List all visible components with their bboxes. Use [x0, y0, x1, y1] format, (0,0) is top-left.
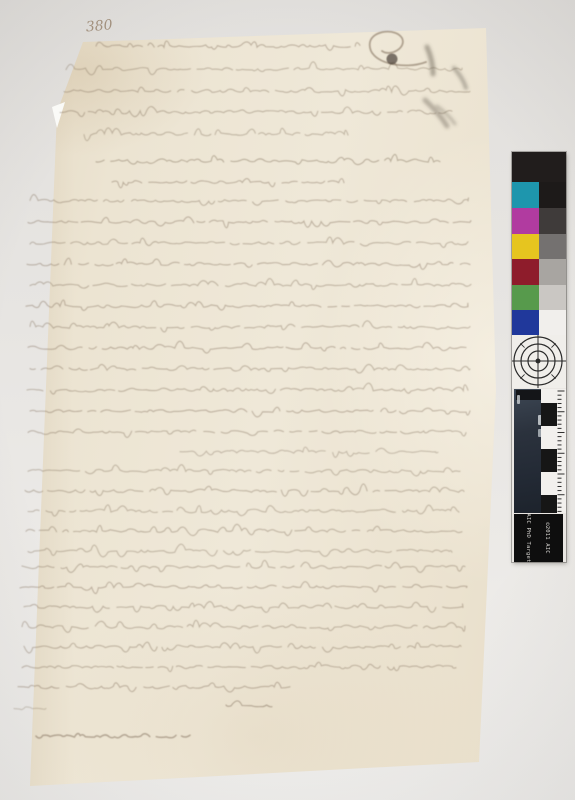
- handwriting-line: [96, 154, 440, 164]
- film-strip-cap: [516, 390, 543, 400]
- patch-yellow: [512, 234, 539, 259]
- patch-gray-blue: [539, 310, 566, 335]
- handwriting-line: [64, 86, 470, 96]
- film-glint: [517, 395, 520, 404]
- ruler-block: [541, 495, 557, 513]
- handwriting-line: [26, 300, 468, 310]
- handwriting-line: [28, 465, 460, 476]
- handwriting-line: [20, 582, 467, 594]
- capital-flourish: [370, 32, 426, 66]
- bullseye-diagonal-tick: [520, 343, 524, 347]
- patch-gray-green: [539, 285, 566, 310]
- bullseye-rings: [512, 335, 566, 388]
- density-ruler-section: [512, 388, 566, 514]
- calibration-target: AIC PhD Target ©2011 AIC: [512, 152, 566, 562]
- ruler-block: [541, 403, 557, 426]
- handwriting-line: [30, 321, 470, 332]
- photo-backdrop: 380: [0, 0, 575, 800]
- bullseye-diagonal-tick: [520, 374, 524, 378]
- handwriting-line: [226, 701, 272, 707]
- handwriting-line: [27, 383, 468, 394]
- handwriting-line: [66, 62, 462, 75]
- target-label-copyright: ©2011 AIC: [544, 522, 550, 554]
- patch-green: [512, 285, 539, 310]
- handwriting-line: [84, 128, 348, 141]
- patch-magenta: [512, 208, 539, 234]
- patch-gray-dark-red: [539, 259, 566, 285]
- handwriting-line: [180, 447, 438, 457]
- handwriting-line: [30, 407, 470, 417]
- handwriting-line: [60, 107, 452, 117]
- handwriting-line: [30, 279, 471, 290]
- bullseye-target: [512, 335, 566, 388]
- handwriting-line: [22, 560, 465, 572]
- color-patch-column: [512, 152, 566, 335]
- ruler-block: [541, 389, 557, 403]
- ruler-block: [541, 472, 557, 495]
- handwriting-line: [30, 237, 468, 247]
- patch-black: [512, 152, 566, 182]
- patch-dark-red: [512, 259, 539, 285]
- handwriting-line: [26, 524, 462, 535]
- handwriting-line: [28, 217, 471, 228]
- handwriting-bleedthrough: [0, 0, 575, 800]
- handwriting-line: [14, 707, 46, 710]
- ink-smudge: [454, 68, 466, 88]
- bullseye-diagonal-tick: [551, 374, 555, 378]
- handwriting-line: [112, 179, 344, 188]
- handwriting-line: [30, 364, 470, 373]
- handwriting-line: [28, 544, 452, 557]
- handwriting-line: [28, 341, 466, 353]
- ruler-tick-scale: [557, 389, 566, 513]
- handwriting-line: [22, 662, 456, 671]
- target-label: AIC PhD Target ©2011 AIC: [514, 514, 563, 562]
- handwriting-line: [28, 505, 459, 516]
- handwriting-line: [24, 642, 461, 653]
- ruler-checker-column: [541, 389, 557, 513]
- ruler-block: [541, 426, 557, 449]
- target-label-title: AIC PhD Target: [525, 513, 531, 562]
- handwriting-line: [28, 429, 466, 437]
- handwriting-line: [96, 41, 360, 50]
- patch-gray-magenta: [539, 208, 566, 234]
- patch-gray-yellow: [539, 234, 566, 259]
- handwriting-line: [22, 620, 465, 632]
- patch-gray-cyan: [539, 182, 566, 208]
- patch-blue: [512, 310, 539, 335]
- ink-blob: [387, 54, 398, 65]
- patch-cyan: [512, 182, 539, 208]
- signature-stroke: [36, 734, 190, 739]
- bullseye-diagonal-tick: [551, 343, 555, 347]
- handwriting-line: [18, 682, 290, 692]
- handwriting-line: [25, 484, 464, 496]
- handwriting-line: [27, 258, 470, 269]
- ruler-block: [541, 449, 557, 472]
- bullseye-center-dot: [536, 359, 541, 364]
- film-density-strip: [514, 389, 541, 513]
- handwriting-line: [30, 195, 469, 206]
- ink-smudge: [427, 47, 433, 74]
- handwriting-line: [24, 602, 463, 613]
